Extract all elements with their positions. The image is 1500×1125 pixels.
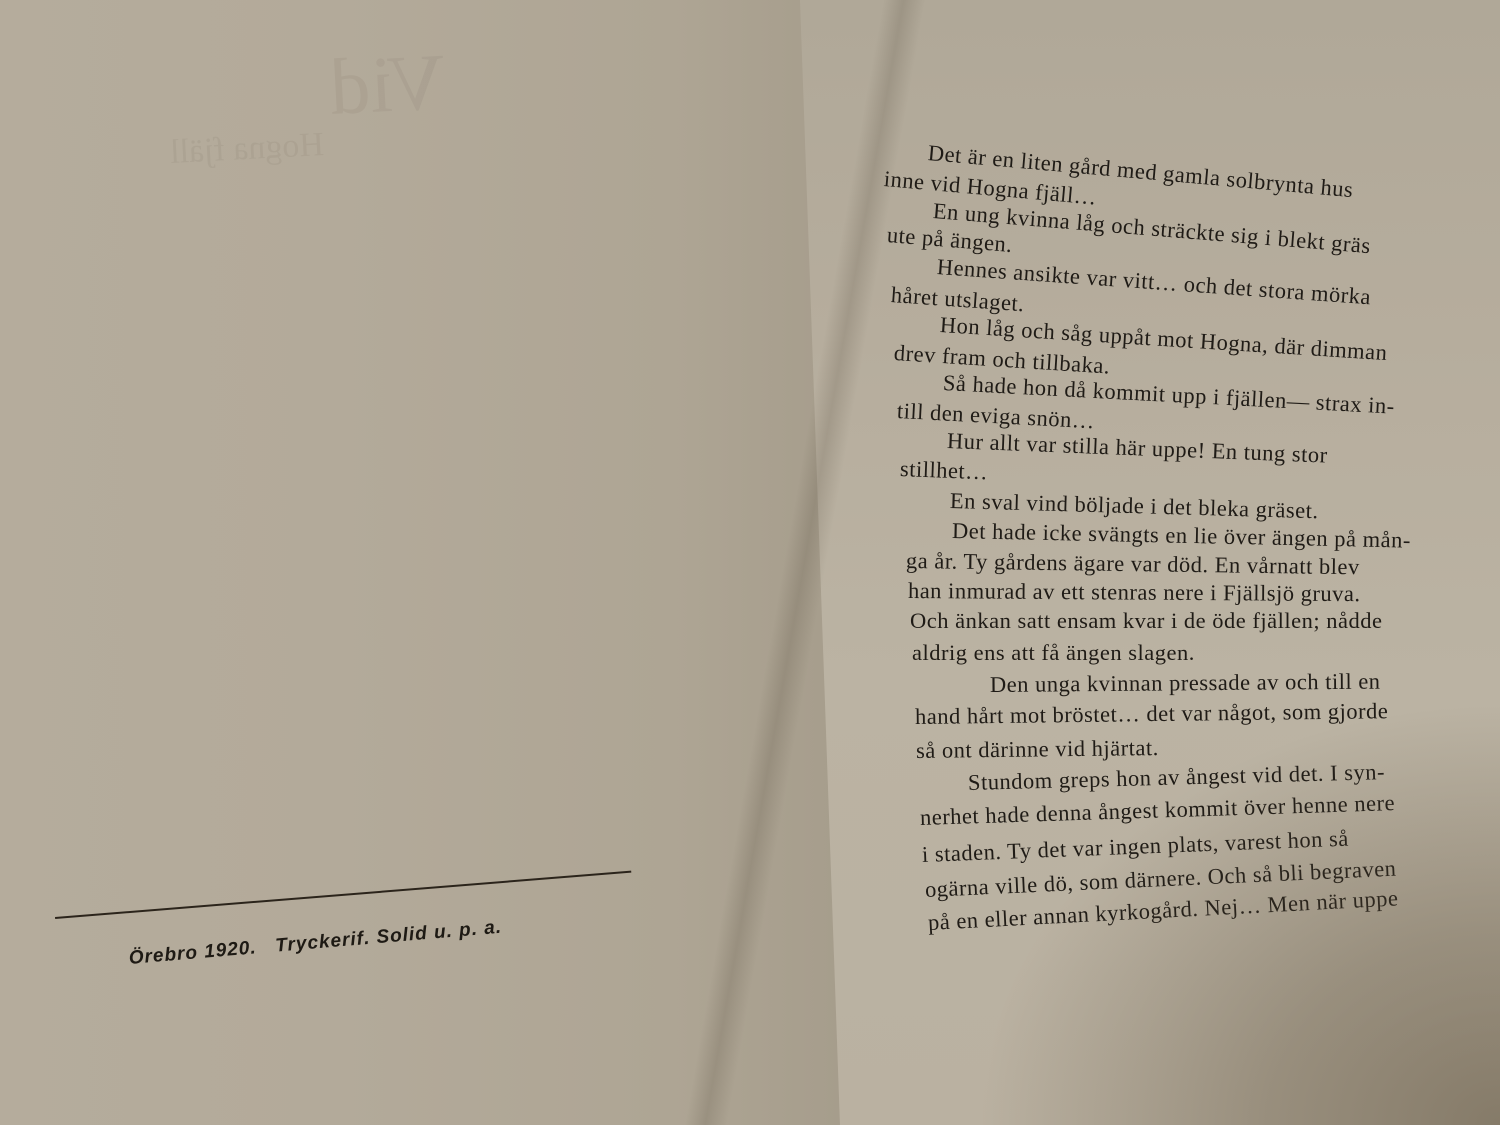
text-line: Den unga kvinnan pressade av och till en xyxy=(990,669,1381,698)
text-line: Och änkan satt ensam kvar i de öde fjäll… xyxy=(910,608,1382,634)
imprint-printer: Tryckerif. Solid u. p. a. xyxy=(275,917,503,957)
show-through-subtitle: Hogna fjäll xyxy=(169,126,325,172)
imprint: Örebro 1920. Tryckerif. Solid u. p. a. xyxy=(128,917,503,970)
left-page: Vid Hogna fjäll Örebro 1920. Tryckerif. … xyxy=(0,0,840,1125)
imprint-rule xyxy=(55,871,631,919)
show-through-title: Vid xyxy=(328,37,448,134)
text-line: aldrig ens att få ängen slagen. xyxy=(912,640,1195,666)
text-line: stillhet… xyxy=(900,456,989,485)
text-line: han inmurad av ett stenras nere i Fjälls… xyxy=(908,578,1361,607)
text-line: så ont därinne vid hjärtat. xyxy=(916,735,1159,764)
imprint-place-year: Örebro 1920. xyxy=(128,937,257,969)
